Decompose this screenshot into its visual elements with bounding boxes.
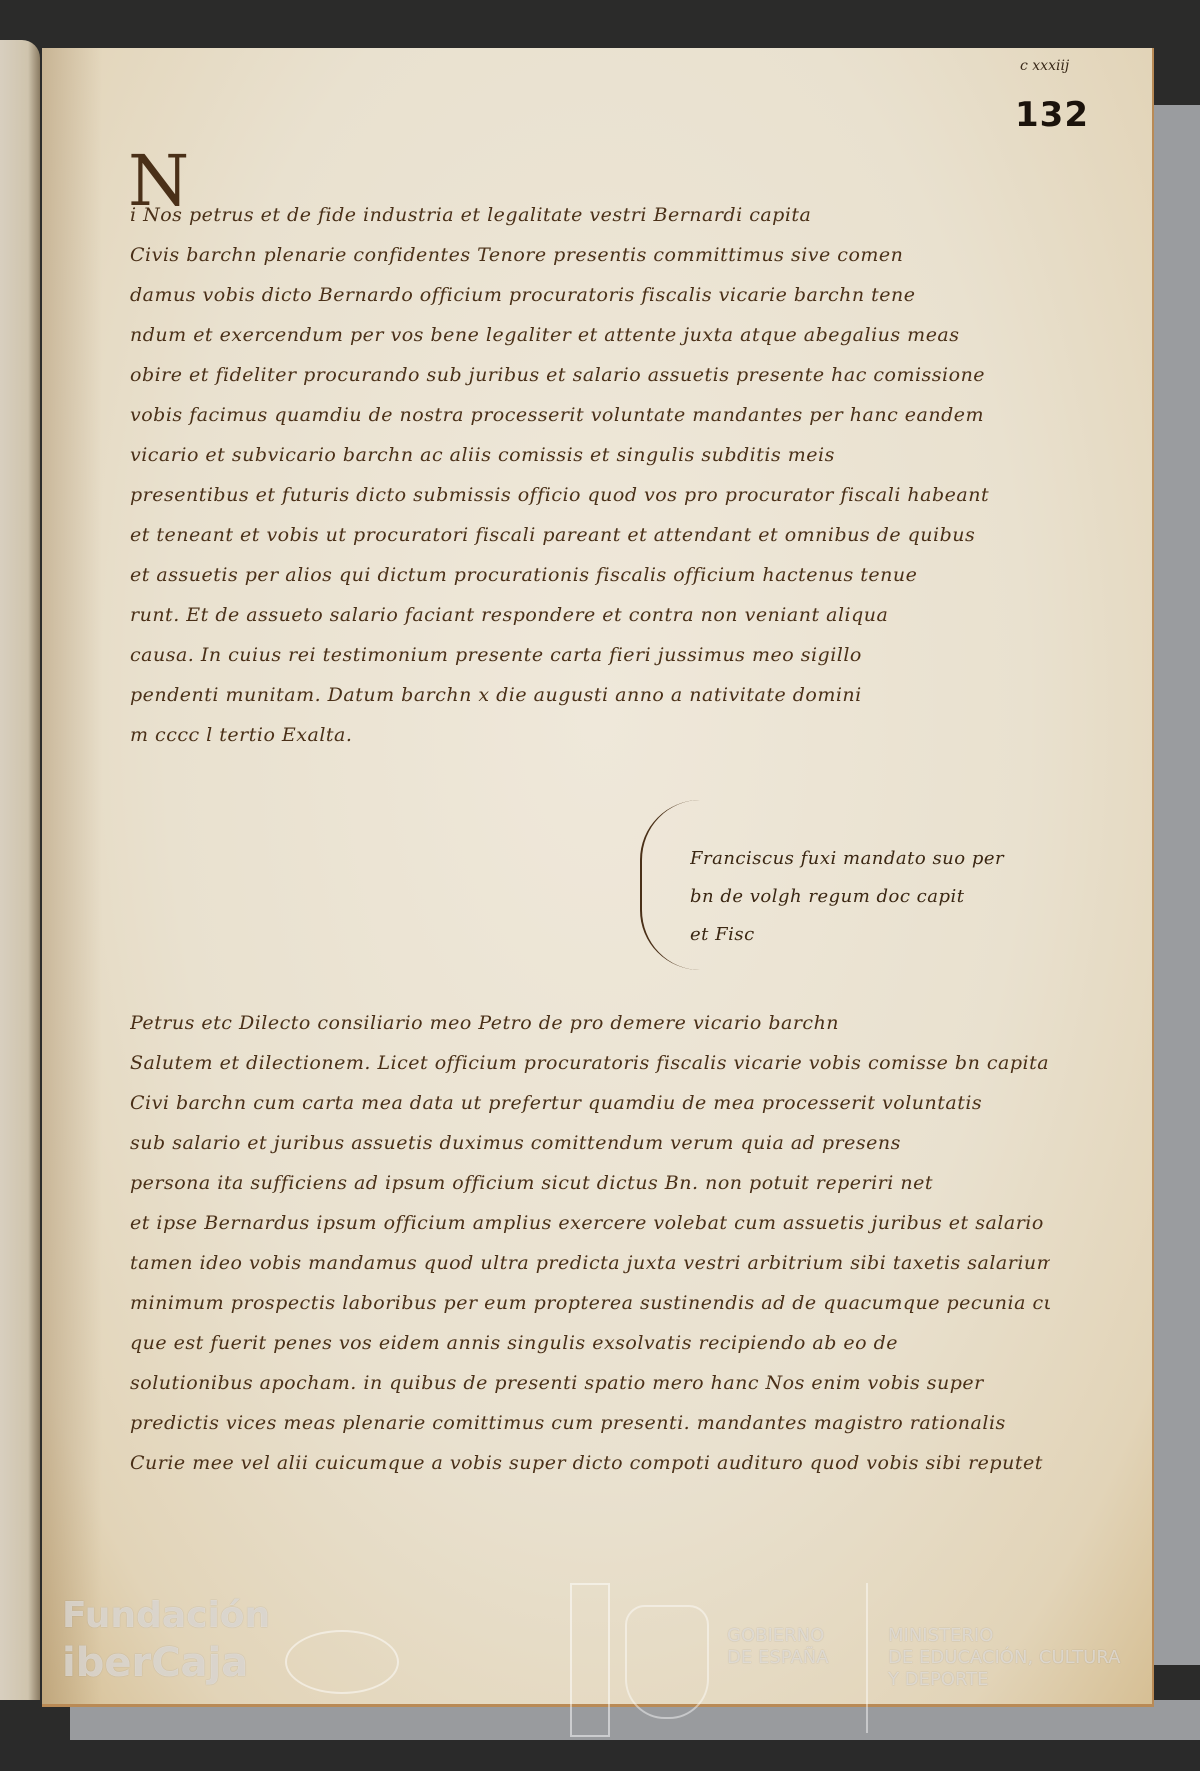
text-line: Petrus etc Dilecto consiliario meo Petro…	[130, 1003, 1050, 1043]
watermark-ministerio: MINISTERIO DE EDUCACIÓN, CULTURA Y DEPOR…	[888, 1625, 1120, 1691]
text-line: que est fuerit penes vos eidem annis sin…	[130, 1323, 1050, 1363]
text-line: runt. Et de assueto salario faciant resp…	[130, 595, 1050, 635]
signoff-line: bn de volgh regum doc capit	[690, 878, 1030, 916]
text-line: presentibus et futuris dicto submissis o…	[130, 475, 1050, 515]
text-line: Curie mee vel alii cuicumque a vobis sup…	[130, 1443, 1050, 1483]
text-line: damus vobis dicto Bernardo officium proc…	[130, 275, 1050, 315]
text-line: solutionibus apocham. in quibus de prese…	[130, 1363, 1050, 1403]
text-line: ndum et exercendum per vos bene legalite…	[130, 315, 1050, 355]
watermark-fundacion: Fundación	[62, 1595, 270, 1636]
text-line: minimum prospectis laboribus per eum pro…	[130, 1283, 1050, 1323]
text-line: et assuetis per alios qui dictum procura…	[130, 555, 1050, 595]
gray-board-right	[1152, 105, 1200, 1665]
text-line: Civi barchn cum carta mea data ut prefer…	[130, 1083, 1050, 1123]
text-line: pendenti munitam. Datum barchn x die aug…	[130, 675, 1050, 715]
text-line: Civis barchn plenarie confidentes Tenore…	[130, 235, 1050, 275]
text-line: persona ita sufficiens ad ipsum officium…	[130, 1163, 1050, 1203]
signoff-line: Franciscus fuxi mandato suo per	[690, 840, 1030, 878]
text-line: causa. In cuius rei testimonium presente…	[130, 635, 1050, 675]
watermark-divider	[866, 1583, 868, 1733]
gobierno-line-2: DE ESPAÑA	[727, 1647, 829, 1669]
old-folio-marking: c xxxiij	[1020, 58, 1069, 74]
signoff-line: et Fisc	[690, 916, 1030, 954]
spain-flag-icon	[570, 1583, 610, 1737]
ministerio-line-3: Y DEPORTE	[888, 1669, 1120, 1691]
facing-page-edge	[0, 40, 40, 1700]
text-line: vicario et subvicario barchn ac aliis co…	[130, 435, 1050, 475]
text-line: et ipse Bernardus ipsum officium amplius…	[130, 1203, 1050, 1243]
paragraph-1: i Nos petrus et de fide industria et leg…	[130, 195, 1050, 755]
text-line: m cccc l tertio Exalta.	[130, 715, 1050, 755]
ministerio-line-1: MINISTERIO	[888, 1625, 1120, 1647]
coat-of-arms-icon	[625, 1605, 709, 1719]
ibercaja-logo-icon	[285, 1630, 399, 1694]
gobierno-line-1: GOBIERNO	[727, 1625, 829, 1647]
text-line: obire et fideliter procurando sub juribu…	[130, 355, 1050, 395]
watermark-ibercaja: iberCaja	[62, 1640, 248, 1686]
watermark-gobierno: GOBIERNO DE ESPAÑA	[727, 1625, 829, 1669]
text-line: predictis vices meas plenarie comittimus…	[130, 1403, 1050, 1443]
paragraph-2: Petrus etc Dilecto consiliario meo Petro…	[130, 1003, 1050, 1483]
text-line: tamen ideo vobis mandamus quod ultra pre…	[130, 1243, 1050, 1283]
text-line: i Nos petrus et de fide industria et leg…	[130, 195, 1050, 235]
ministerio-line-2: DE EDUCACIÓN, CULTURA	[888, 1647, 1120, 1669]
text-line: vobis facimus quamdiu de nostra processe…	[130, 395, 1050, 435]
folio-number: 132	[1015, 95, 1089, 135]
dark-background-bottom	[0, 1740, 1200, 1771]
text-line: et teneant et vobis ut procuratori fisca…	[130, 515, 1050, 555]
text-line: sub salario et juribus assuetis duximus …	[130, 1123, 1050, 1163]
scribe-signoff: Franciscus fuxi mandato suo per bn de vo…	[690, 840, 1030, 954]
text-line: Salutem et dilectionem. Licet officium p…	[130, 1043, 1050, 1083]
